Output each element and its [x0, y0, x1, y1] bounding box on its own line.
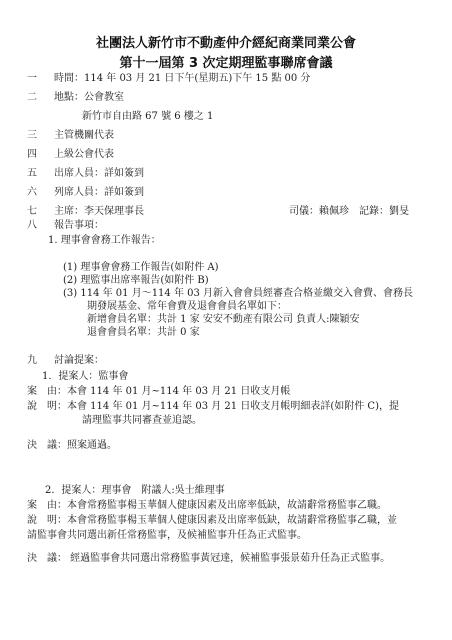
withdrawn-members: 退會會員名單：共計 0 家	[87, 327, 200, 339]
report-sub-3-cont: 期發展基金、常年會費及退會會員名單如下：	[87, 301, 287, 313]
section-text: 討論提案：	[54, 355, 104, 366]
report-sub-3: (3) 114 年 01 月～114 年 03 月新入會會員經審查合格並繳交入會…	[63, 288, 413, 300]
location-address: 新竹市自由路 67 號 6 樓之 1	[82, 111, 213, 123]
proposal-2-desc: 說 明：本會常務監事楊玉華個人健康因素及出席率低缺，故請辭常務監事乙職，並	[27, 515, 397, 527]
section-number: 一	[27, 73, 54, 85]
desc-label: 說 明：	[27, 515, 67, 526]
proposal-1-desc-cont: 請理監事共同審查並追認。	[82, 415, 202, 427]
reason-text: 本會 114 年 01 月~114 年 03 月 21 日收支月帳	[67, 386, 290, 397]
section-number: 九	[27, 355, 54, 367]
proposal-2-desc-cont: 請監事會共同選出新任常務監事，及候補監事升任為正式監事。	[27, 530, 307, 542]
report-sub-2: (2) 理監事出席率報告(如附件 B)	[63, 275, 209, 287]
document-title-org: 社團法人新竹市不動產仲介經紀商業同業公會	[0, 32, 452, 51]
section-number: 八	[27, 220, 54, 232]
emcee-recorder: 司儀：賴佩珍 記錄：劉旻	[289, 206, 409, 218]
desc-text: 本會常務監事楊玉華個人健康因素及出席率低缺，故請辭常務監事乙職，並	[67, 515, 397, 526]
section-text: 列席人員：詳如簽到	[54, 187, 144, 198]
section-number: 四	[27, 149, 54, 161]
section-time: 一時間：114 年 03 月 21 日下午(星期五)下午 15 點 00 分	[27, 73, 310, 85]
section-number: 二	[27, 92, 54, 104]
report-item-1: 1. 理事會會務工作報告：	[48, 235, 161, 247]
proposal-2-resolution: 決 議： 經過監事會共同選出常務監事黃冠達，候補監事張景茹升任為正式監事。	[27, 553, 390, 565]
section-text: 主席：李天保理事長	[54, 206, 144, 217]
reason-label: 案 由：	[27, 500, 67, 511]
section-chair: 七主席：李天保理事長	[27, 206, 144, 218]
proposal-2-reason: 案 由：本會常務監事楊玉華個人健康因素及出席率低缺，故請辭常務監事乙職。	[27, 500, 387, 512]
section-number: 三	[27, 130, 54, 142]
section-number: 五	[27, 168, 54, 180]
proposal-2-proposer: 2．提案人：理事會 附議人:吳士維理事	[45, 485, 225, 497]
desc-text: 本會 114 年 01 月~114 年 03 月 21 日收支月帳明細表詳(如附…	[67, 401, 399, 412]
section-text: 地點：公會教室	[54, 92, 124, 103]
section-text: 時間：114 年 03 月 21 日下午(星期五)下午 15 點 00 分	[54, 73, 310, 84]
resolution-label: 決 議：	[27, 553, 67, 564]
reason-label: 案 由：	[27, 386, 67, 397]
resolution-text: 照案通過。	[67, 440, 117, 451]
section-text: 出席人員：詳如簽到	[54, 168, 144, 179]
section-text: 報告事項：	[54, 220, 104, 231]
document-title-meeting: 第十一屆第 3 次定期理監事聯席會議	[0, 52, 452, 71]
section-reports: 八報告事項：	[27, 220, 104, 232]
section-superior-rep: 四上級公會代表	[27, 149, 114, 161]
section-authority-rep: 三主管機關代表	[27, 130, 114, 142]
proposal-1-resolution: 決 議：照案通過。	[27, 440, 117, 452]
report-sub-1: (1) 理事會會務工作報告(如附件 A)	[63, 262, 219, 274]
section-number: 七	[27, 206, 54, 218]
resolution-label: 決 議：	[27, 440, 67, 451]
section-discussion: 九討論提案：	[27, 355, 104, 367]
resolution-text: 經過監事會共同選出常務監事黃冠達，候補監事張景茹升任為正式監事。	[67, 553, 390, 564]
section-location: 二地點：公會教室	[27, 92, 124, 104]
section-text: 主管機關代表	[54, 130, 114, 141]
desc-label: 說 明：	[27, 401, 67, 412]
proposal-1-reason: 案 由：本會 114 年 01 月~114 年 03 月 21 日收支月帳	[27, 386, 290, 398]
section-observers: 六列席人員：詳如簽到	[27, 187, 144, 199]
section-attendees: 五出席人員：詳如簽到	[27, 168, 144, 180]
reason-text: 本會常務監事楊玉華個人健康因素及出席率低缺，故請辭常務監事乙職。	[67, 500, 387, 511]
proposal-1-proposer: 1．提案人：監事會	[42, 371, 128, 383]
section-text: 上級公會代表	[54, 149, 114, 160]
proposal-1-desc: 說 明：本會 114 年 01 月~114 年 03 月 21 日收支月帳明細表…	[27, 401, 399, 413]
section-number: 六	[27, 187, 54, 199]
new-members: 新增會員名單：共計 1 家 安安不動產有限公司 負責人:陳穎安	[87, 314, 359, 326]
